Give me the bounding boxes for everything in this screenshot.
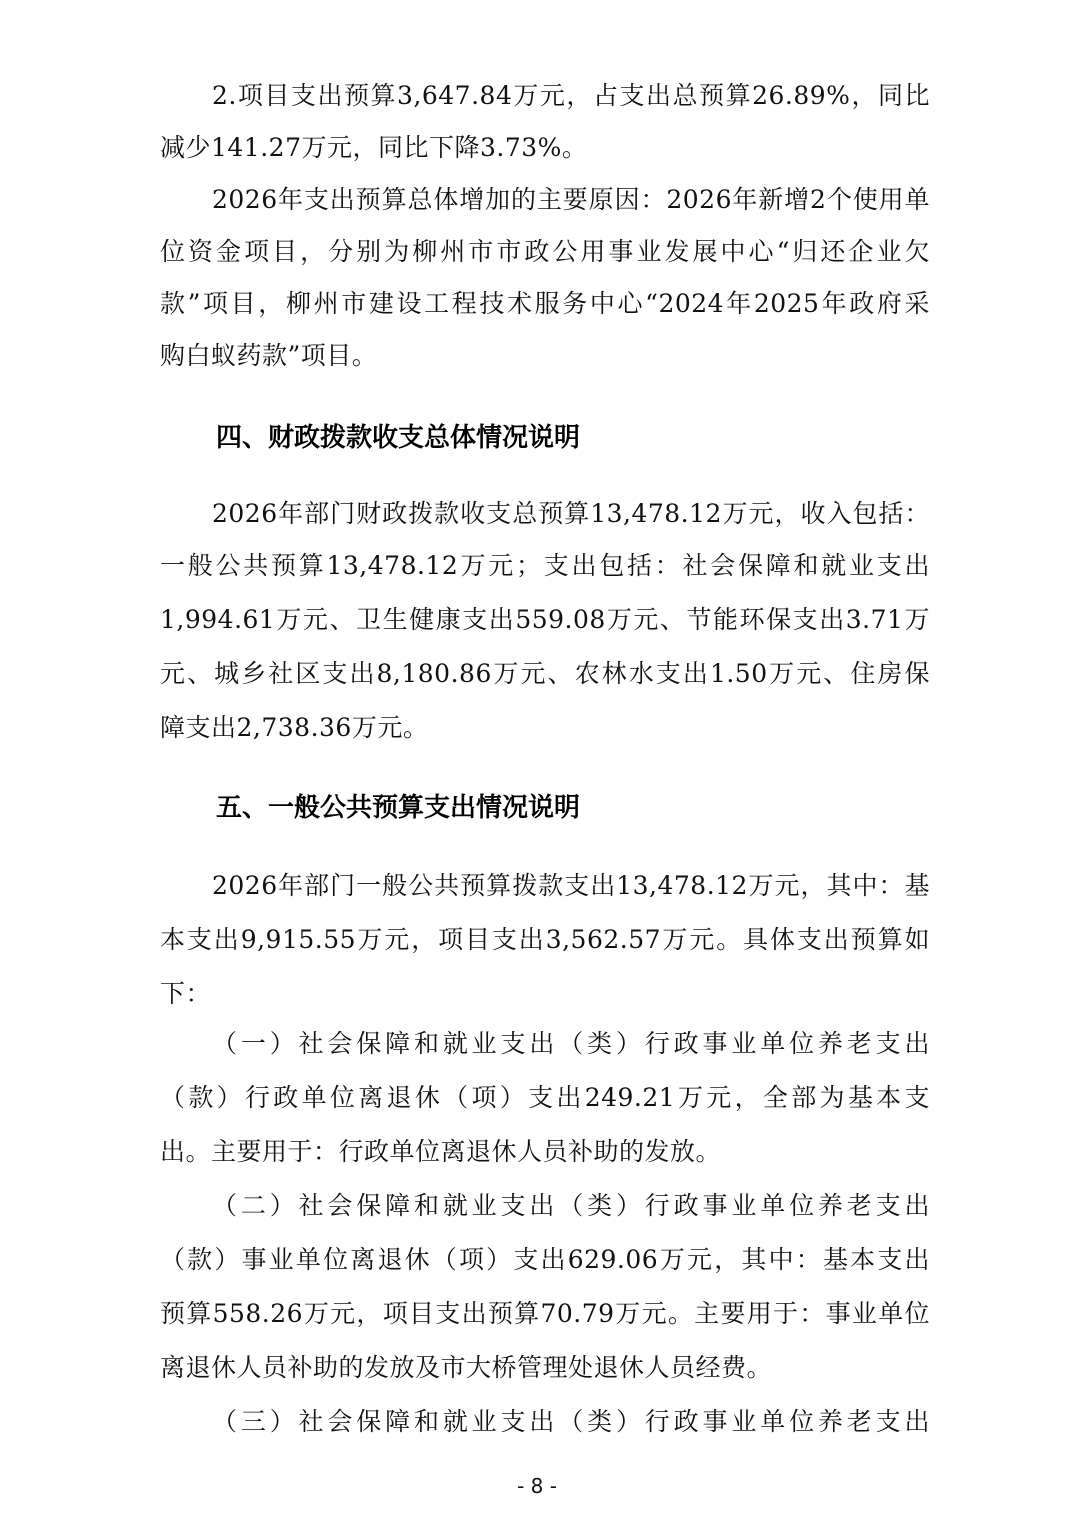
text-line: 本支出9,915.55万元，项目支出3,562.57万元。具体支出预算如 bbox=[160, 922, 930, 958]
section-heading-5: 五、一般公共预算支出情况说明 bbox=[216, 790, 580, 826]
page-number: - 8 - bbox=[0, 1474, 1074, 1498]
section-heading-4: 四、财政拨款收支总体情况说明 bbox=[216, 420, 580, 456]
text-line: 位资金项目，分别为柳州市市政公用事业发展中心“归还企业欠 bbox=[160, 234, 930, 270]
text-line: 一般公共预算13,478.12万元；支出包括：社会保障和就业支出 bbox=[160, 548, 930, 584]
text-line: 购白蚁药款”项目。 bbox=[160, 338, 930, 374]
text-line: （二）社会保障和就业支出（类）行政事业单位养老支出 bbox=[212, 1188, 930, 1224]
text-line: （一）社会保障和就业支出（类）行政事业单位养老支出 bbox=[212, 1026, 930, 1062]
text-line: （三）社会保障和就业支出（类）行政事业单位养老支出 bbox=[212, 1404, 930, 1440]
text-line: 2.项目支出预算3,647.84万元，占支出总预算26.89%，同比 bbox=[212, 78, 930, 114]
text-line: 2026年部门一般公共预算拨款支出13,478.12万元，其中：基 bbox=[212, 868, 930, 904]
text-line: 下： bbox=[160, 976, 930, 1012]
text-line: 离退休人员补助的发放及市大桥管理处退休人员经费。 bbox=[160, 1350, 930, 1386]
text-line: 1,994.61万元、卫生健康支出559.08万元、节能环保支出3.71万 bbox=[160, 602, 930, 638]
text-line: （款）行政单位离退休（项）支出249.21万元，全部为基本支 bbox=[160, 1080, 930, 1116]
text-line: 减少141.27万元，同比下降3.73%。 bbox=[160, 130, 930, 166]
text-line: 2026年部门财政拨款收支总预算13,478.12万元，收入包括： bbox=[212, 496, 930, 532]
text-line: 2026年支出预算总体增加的主要原因：2026年新增2个使用单 bbox=[212, 182, 930, 218]
text-line: 障支出2,738.36万元。 bbox=[160, 710, 930, 746]
text-line: 预算558.26万元，项目支出预算70.79万元。主要用于：事业单位 bbox=[160, 1296, 930, 1332]
text-line: 出。主要用于：行政单位离退休人员补助的发放。 bbox=[160, 1134, 930, 1170]
text-line: 元、城乡社区支出8,180.86万元、农林水支出1.50万元、住房保 bbox=[160, 656, 930, 692]
text-line: （款）事业单位离退休（项）支出629.06万元，其中：基本支出 bbox=[160, 1242, 930, 1278]
text-line: 款”项目，柳州市建设工程技术服务中心“2024年2025年政府采 bbox=[160, 286, 930, 322]
